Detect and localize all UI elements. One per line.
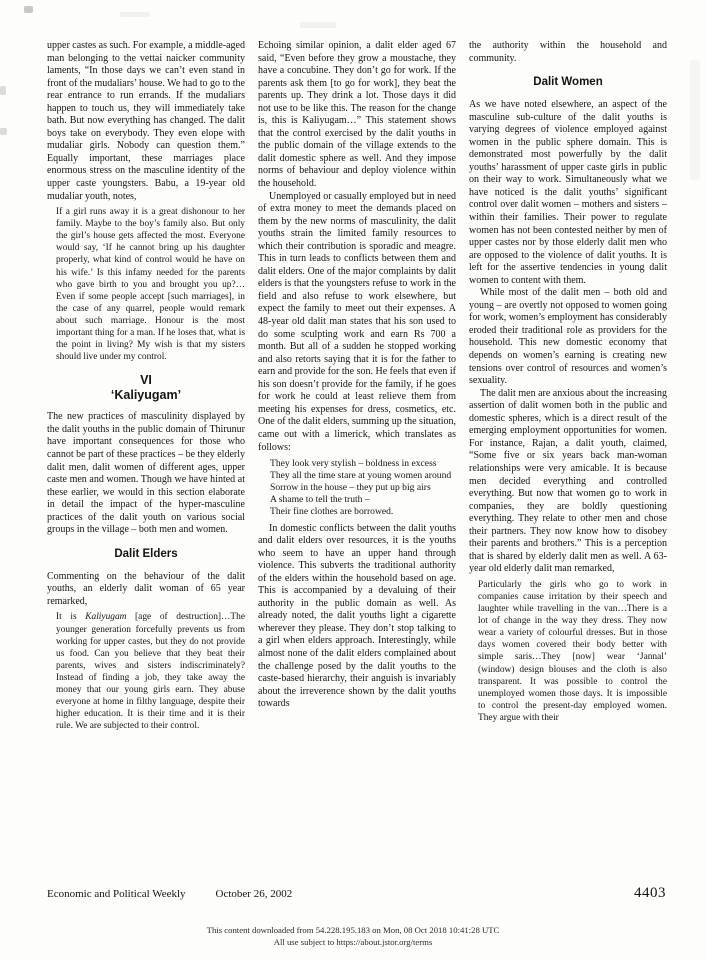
issue-date: October 26, 2002 [216, 888, 293, 900]
quote-italic-term: Kaliyugam [85, 612, 126, 622]
paragraph: the authority within the household and c… [469, 40, 667, 65]
column-3: the authority within the household and c… [469, 40, 667, 735]
scan-artifact [0, 86, 6, 95]
verse-line: Their fine clothes are borrowed. [263, 506, 456, 518]
verse-line: They all the time stare at young women a… [263, 470, 456, 482]
scan-artifact [300, 22, 336, 28]
verse-line: A shame to tell the truth – [263, 494, 456, 506]
quote-text: It is [56, 612, 85, 622]
jstor-notice-line2: All use subject to https://about.jstor.o… [0, 937, 706, 949]
subsection-heading-dalit-elders: Dalit Elders [47, 548, 245, 561]
block-quote: Particularly the girls who go to work in… [478, 579, 667, 724]
block-quote: It is Kaliyugam [age of destruction]…The… [56, 611, 245, 732]
jstor-notice: This content downloaded from 54.228.195.… [0, 925, 706, 948]
section-title: ‘Kaliyugam’ [47, 388, 245, 403]
page-number: 4403 [634, 885, 666, 902]
journal-page: upper castes as such. For example, a mid… [0, 0, 706, 960]
text-columns: upper castes as such. For example, a mid… [47, 40, 667, 735]
scan-artifact [120, 12, 150, 17]
scan-artifact [0, 128, 7, 135]
scan-artifact [690, 60, 700, 180]
paragraph: The new practices of masculinity display… [47, 411, 245, 536]
section-heading: VI ‘Kaliyugam’ [47, 373, 245, 402]
paragraph: In domestic conflicts between the dalit … [258, 523, 456, 711]
paragraph: Commenting on the behaviour of the dalit… [47, 571, 245, 609]
verse-line: Sorrow in the house – they put up big ai… [263, 482, 456, 494]
paragraph: Echoing similar opinion, a dalit elder a… [258, 40, 456, 191]
column-1: upper castes as such. For example, a mid… [47, 40, 245, 735]
paragraph: As we have noted elsewhere, an aspect of… [469, 99, 667, 287]
subsection-heading-dalit-women: Dalit Women [469, 76, 667, 89]
scan-artifact [24, 6, 33, 13]
paragraph: While most of the dalit men – both old a… [469, 287, 667, 387]
column-2: Echoing similar opinion, a dalit elder a… [258, 40, 456, 735]
block-quote: If a girl runs away it is a great dishon… [56, 206, 245, 363]
jstor-notice-line1: This content downloaded from 54.228.195.… [0, 925, 706, 937]
quote-text: [age of destruction]…The younger generat… [56, 612, 245, 731]
section-number: VI [47, 373, 245, 388]
paragraph: The dalit men are anxious about the incr… [469, 388, 667, 576]
page-footer: Economic and Political Weekly October 26… [47, 885, 666, 902]
verse-line: They look very stylish – boldness in exc… [263, 458, 456, 470]
paragraph: upper castes as such. For example, a mid… [47, 40, 245, 203]
journal-name: Economic and Political Weekly [47, 888, 186, 900]
limerick-verse: They look very stylish – boldness in exc… [263, 458, 456, 518]
paragraph: Unemployed or casually employed but in n… [258, 191, 456, 454]
